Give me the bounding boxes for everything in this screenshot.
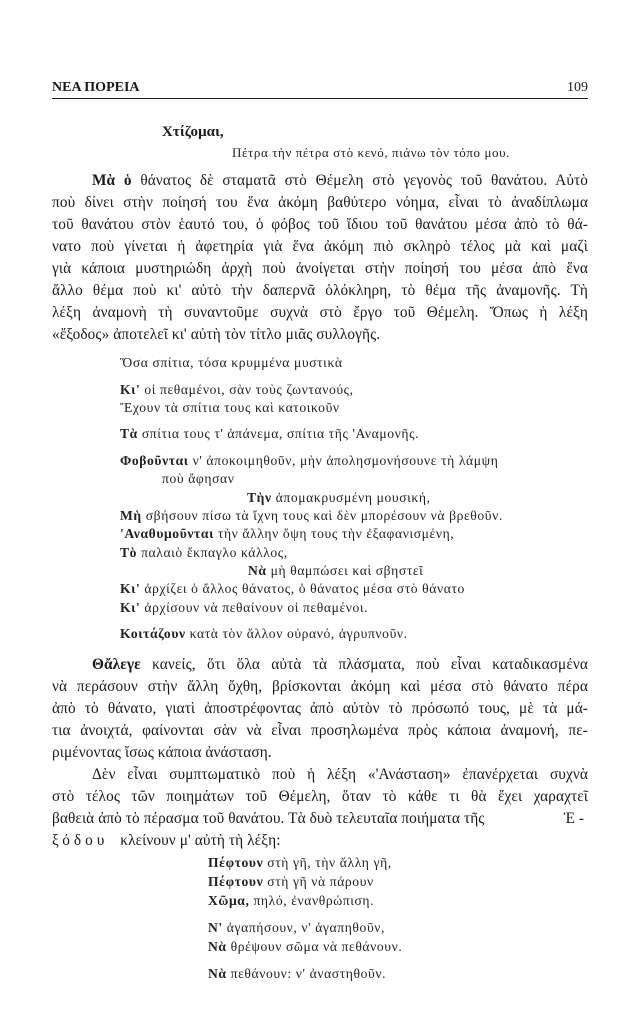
book-title-fragment: ξόδου bbox=[52, 832, 108, 849]
verse-line: Ν' ἀγαπήσουν, ν' ἀγαπηθοῦν, bbox=[208, 920, 385, 936]
verse-line: Κοιτάζουν κατὰ τὸν ἄλλον οὐρανό, ἀγρυπνο… bbox=[120, 626, 408, 642]
verse-line: Πέφτουν στὴ γῆ νὰ πάρουν bbox=[208, 874, 374, 890]
header-rule bbox=[52, 98, 588, 99]
paragraph-line: νατο ποὺ γίνεται ἡ ἀφετηρία γιὰ ἕνα ἀκόμ… bbox=[52, 238, 588, 256]
verse-line: Χῶμα, πηλό, ἐνανθρώπιση. bbox=[208, 893, 374, 909]
book-title-fragment: Ἐ- bbox=[563, 810, 588, 828]
verse-line: Νὰ μὴ θαμπώσει καὶ σβηστεῖ bbox=[248, 563, 423, 579]
verse-line: Ὅσα σπίτια, τόσα κρυμμένα μυστικὰ bbox=[120, 355, 343, 371]
paragraph-line: βαθειὰ ἀπὸ τὸ πέρασμα τοῦ θανάτου. Τὰ δυ… bbox=[52, 810, 588, 828]
journal-title: ΝΕΑ ΠΟΡΕΙΑ bbox=[52, 80, 140, 96]
paragraph-line: «ἔξοδος» ἀποτελεῖ κι' αὐτὴ τὸν τίτλο μιᾶ… bbox=[52, 326, 380, 344]
verse-line: 'Αναθυμοῦνται τὴν ἄλλην ὄψη τους τὴν ἐξα… bbox=[120, 526, 454, 542]
paragraph-line: στὸ τέλος τῶν ποιημάτων τοῦ Θέμελη, ὅταν… bbox=[52, 788, 588, 806]
verse-line: Μὴ σβήσουν πίσω τὰ ἴχνη τους καὶ δὲν μπο… bbox=[120, 508, 503, 524]
verse-line: Κι' οἱ πεθαμένοι, σὰν τοὺς ζωντανούς, bbox=[120, 382, 354, 398]
paragraph-line: τοῦ θανάτου στὸν ἑαυτό του, ὁ φόβος τοῦ … bbox=[52, 216, 588, 234]
paragraph-line: Θἄλεγε κανείς, ὅτι ὅλα αὐτὰ τὰ πλάσματα,… bbox=[92, 656, 588, 674]
page-number: 109 bbox=[567, 80, 588, 96]
paragraph-line: νὰ περάσουν στὴν ἄλλη ὄχθη, βρίσκονται ἀ… bbox=[52, 678, 588, 696]
paragraph-text: βαθειὰ ἀπὸ τὸ πέρασμα τοῦ θανάτου. Τὰ δυ… bbox=[52, 810, 484, 828]
verse-line: ποὺ ἄφησαν bbox=[162, 471, 234, 487]
verse-line: Πέφτουν στὴ γῆ, τὴν ἄλλη γῆ, bbox=[208, 855, 392, 871]
opening-verse-line-1: Χτίζομαι, bbox=[162, 124, 224, 141]
verse-line: Τὰ σπίτια τους τ' ἀπάνεμα, σπίτια τῆς 'Α… bbox=[120, 426, 419, 442]
book-page: ΝΕΑ ΠΟΡΕΙΑ 109 Χτίζομαι, Πέτρα τὴν πέτρα… bbox=[0, 0, 639, 1024]
paragraph-line: λέξη ἀναμονὴ τὴ συναντοῦμε συχνὰ στὸ ἔργ… bbox=[52, 304, 588, 322]
verse-line: Ἔχουν τὰ σπίτια τους καὶ κατοικοῦν bbox=[120, 400, 340, 416]
verse-line: Νὰ θρέψουν σῶμα νὰ πεθάνουν. bbox=[208, 939, 402, 955]
paragraph-line: ἀπὸ τὸ θάνατο, γιατὶ ἀποστρέφοντας ἀπὸ α… bbox=[52, 700, 588, 718]
verse-line: Φοβοῦνται ν' ἀποκοιμηθοῦν, μὴν ἀπολησμον… bbox=[120, 453, 498, 469]
verse-line: Κι' ἀρχίζει ὁ ἄλλος θάνατος, ὁ θάνατος μ… bbox=[120, 581, 465, 597]
paragraph-line: Δὲν εἶναι συμπτωματικὸ ποὺ ἡ λέξη «'Ανάσ… bbox=[92, 766, 588, 784]
verse-line: Νὰ πεθάνουν: ν' ἀναστηθοῦν. bbox=[208, 966, 386, 982]
paragraph-line: Μὰ ὁ θάνατος δὲ σταματᾶ στὸ Θέμελη στὸ γ… bbox=[92, 172, 588, 190]
paragraph-text: κλείνουν μ' αὐτὴ τὴ λέξη: bbox=[120, 832, 280, 849]
paragraph-line: γιὰ κάποια μυστηριώδη ἀρχὴ ποὺ ἀνοίγεται… bbox=[52, 260, 588, 278]
paragraph-line: ριμένοντας ἴσως κάποια ἀνάσταση. bbox=[52, 744, 272, 762]
paragraph-line: ποὺ δίνει στὴν ποίησή του ἕνα ἀκόμη βαθύ… bbox=[52, 194, 588, 212]
opening-verse-line-2: Πέτρα τὴν πέτρα στὸ κενό, πιάνω τὸν τόπο… bbox=[232, 145, 510, 161]
paragraph-line: ἄλλο θέμα ποὺ κι' αὐτὸ τὴν δαπερνᾶ ὁλόκλ… bbox=[52, 282, 588, 300]
paragraph-line: τια ἀνοιχτά, φαίνονται σὰν νὰ εἶναι προσ… bbox=[52, 722, 588, 740]
verse-line: Κι' ἀρχίσουν νὰ πεθαίνουν οἱ πεθαμένοι. bbox=[120, 600, 368, 616]
verse-line: Τὸ παλαιὸ ἔκπαγλο κάλλος, bbox=[120, 545, 288, 561]
running-header: ΝΕΑ ΠΟΡΕΙΑ 109 bbox=[52, 80, 588, 96]
paragraph-line: ξόδου κλείνουν μ' αὐτὴ τὴ λέξη: bbox=[52, 832, 281, 850]
verse-line: Τὴν ἀπομακρυσμένη μουσική, bbox=[247, 490, 431, 506]
